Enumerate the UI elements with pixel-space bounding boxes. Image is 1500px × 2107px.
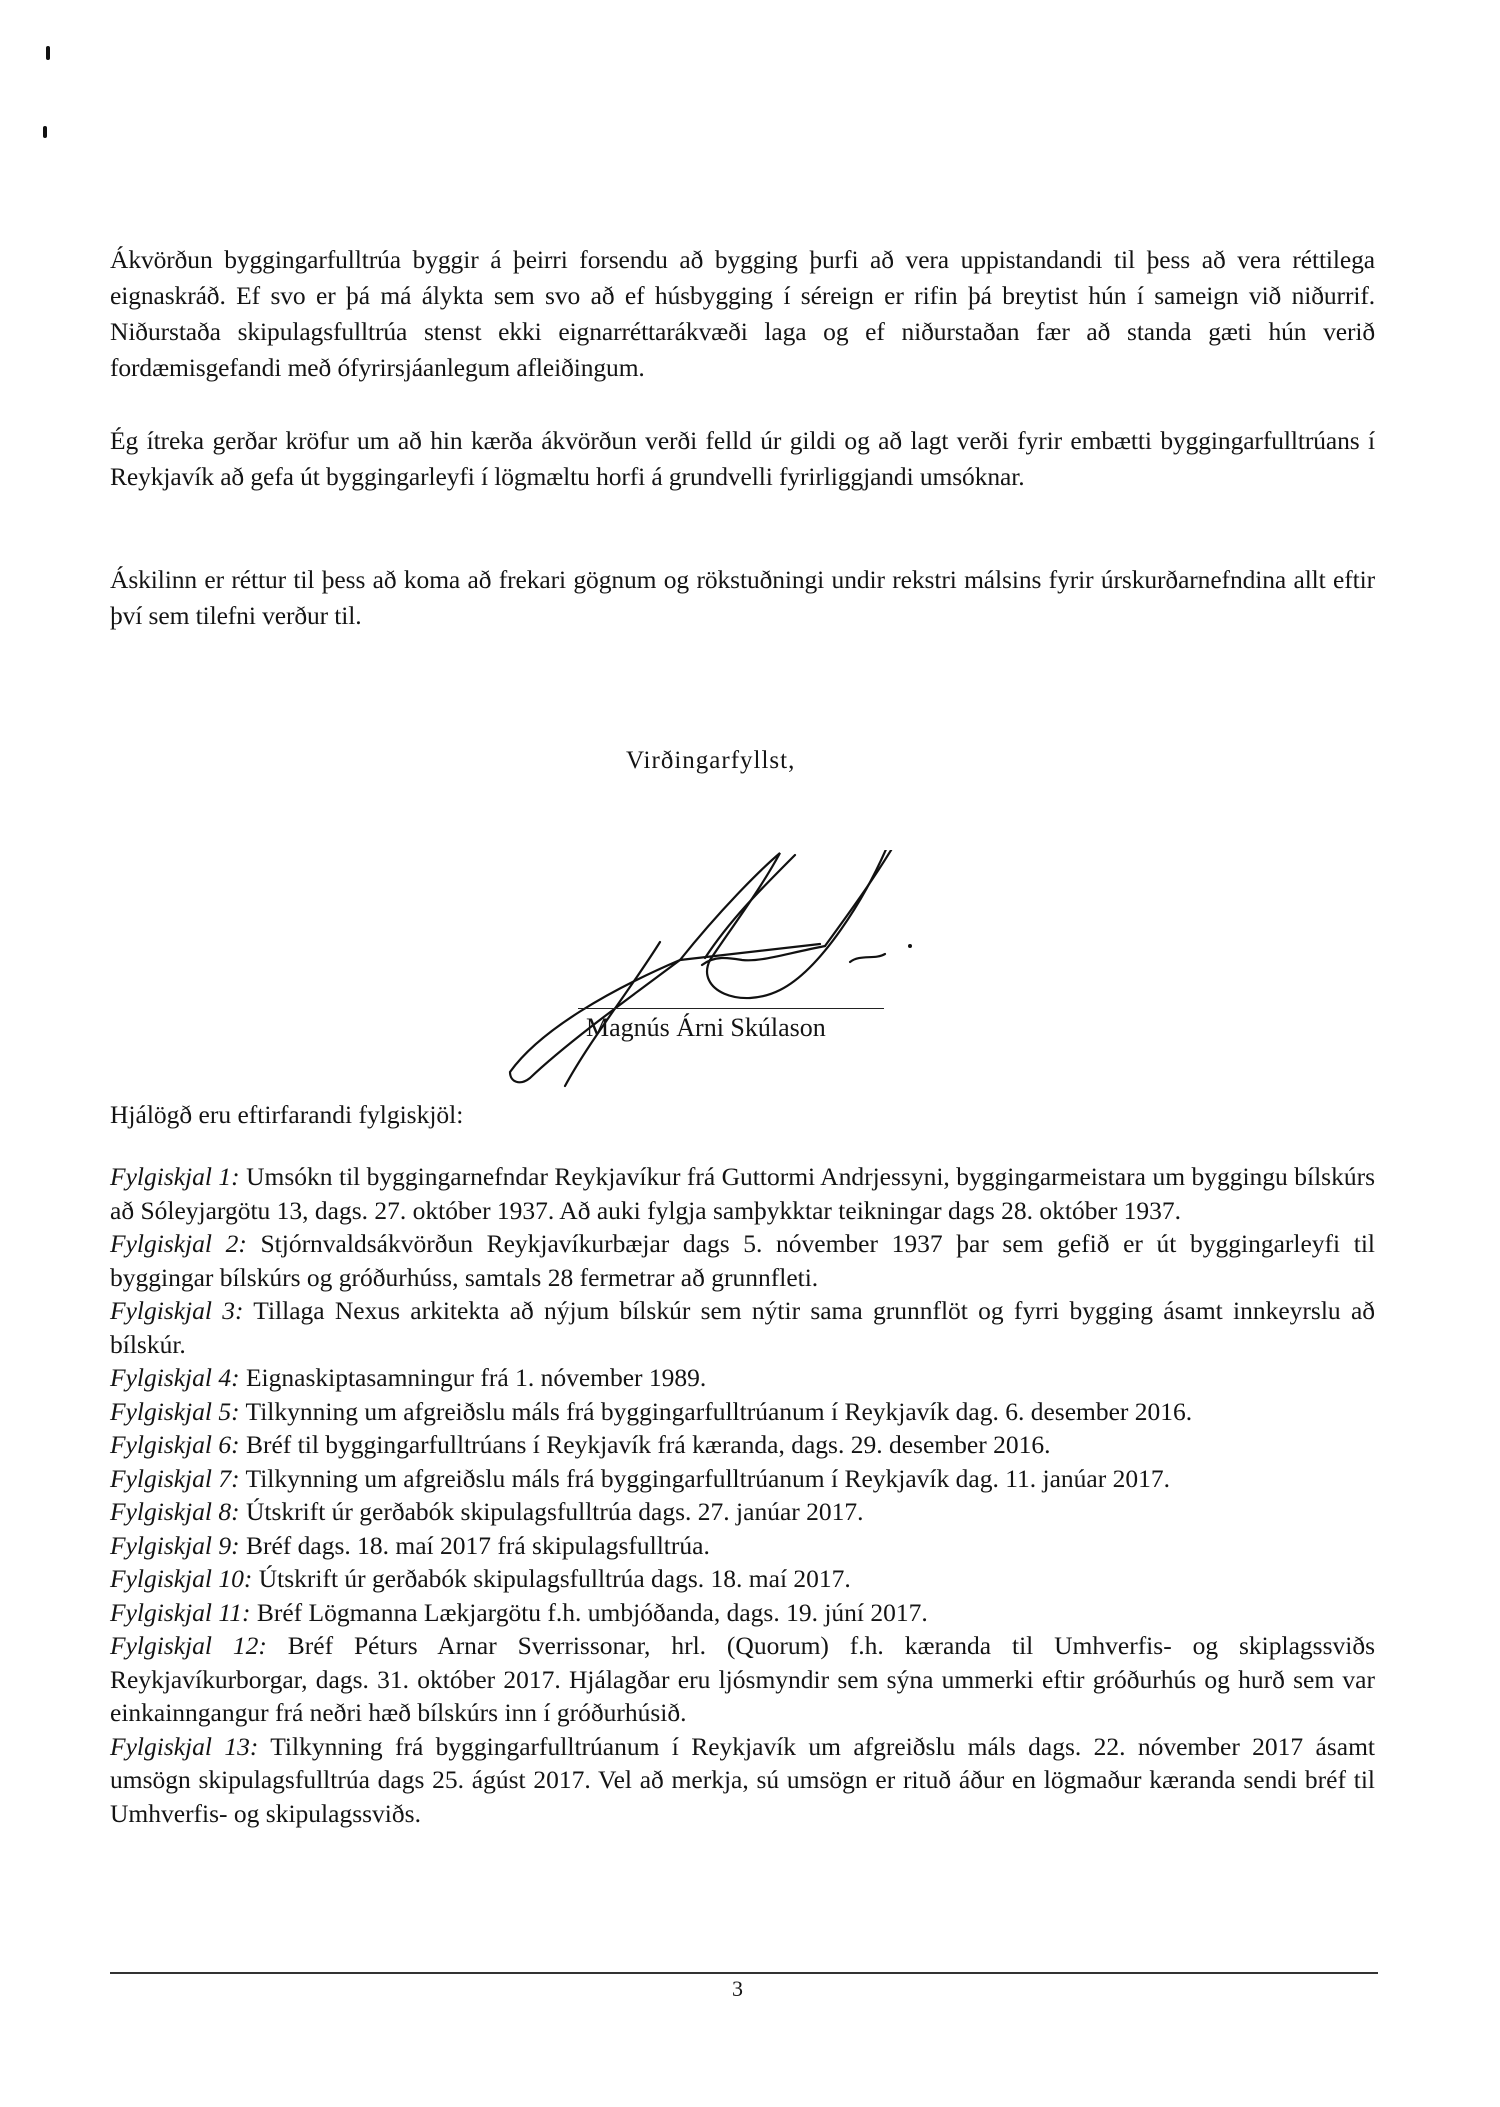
enclosure-label: Fylgiskjal 3: [110, 1296, 243, 1325]
enclosure-label: Fylgiskjal 4: [110, 1363, 240, 1392]
enclosure-item: Fylgiskjal 12: Bréf Péturs Arnar Sverris… [110, 1629, 1375, 1730]
enclosure-text: Bréf dags. 18. maí 2017 frá skipulagsful… [240, 1531, 710, 1560]
enclosure-text: Bréf Péturs Arnar Sverrissonar, hrl. (Qu… [110, 1631, 1375, 1727]
enclosure-item: Fylgiskjal 11: Bréf Lögmanna Lækjargötu … [110, 1596, 1375, 1630]
enclosure-label: Fylgiskjal 13: [110, 1732, 258, 1761]
enclosure-item: Fylgiskjal 1: Umsókn til byggingarnefnda… [110, 1160, 1375, 1227]
enclosure-item: Fylgiskjal 5: Tilkynning um afgreiðslu m… [110, 1395, 1375, 1429]
enclosure-text: Tilkynning um afgreiðslu máls frá byggin… [240, 1397, 1193, 1426]
signatory-name: Magnús Árni Skúlason [586, 1013, 826, 1043]
enclosure-text: Útskrift úr gerðabók skipulagsfulltrúa d… [240, 1497, 864, 1526]
enclosure-text: Tilkynning frá byggingarfulltrúanum í Re… [110, 1732, 1375, 1828]
enclosure-item: Fylgiskjal 6: Bréf til byggingarfulltrúa… [110, 1428, 1375, 1462]
enclosure-text: Bréf Lögmanna Lækjargötu f.h. umbjóðanda… [250, 1598, 927, 1627]
enclosures-list: Fylgiskjal 1: Umsókn til byggingarnefnda… [110, 1160, 1375, 1830]
enclosure-label: Fylgiskjal 8: [110, 1497, 240, 1526]
enclosure-label: Fylgiskjal 5: [110, 1397, 240, 1426]
enclosure-label: Fylgiskjal 11: [110, 1598, 250, 1627]
enclosure-text: Eignaskiptasamningur frá 1. nóvember 198… [240, 1363, 707, 1392]
signature-line [578, 1008, 884, 1009]
enclosure-text: Bréf til byggingarfulltrúans í Reykjavík… [240, 1430, 1051, 1459]
enclosure-item: Fylgiskjal 7: Tilkynning um afgreiðslu m… [110, 1462, 1375, 1496]
body-paragraph: Ákvörðun byggingarfulltrúa byggir á þeir… [110, 242, 1375, 386]
enclosure-label: Fylgiskjal 6: [110, 1430, 240, 1459]
enclosure-text: Útskrift úr gerðabók skipulagsfulltrúa d… [252, 1564, 850, 1593]
enclosure-item: Fylgiskjal 4: Eignaskiptasamningur frá 1… [110, 1361, 1375, 1395]
enclosure-label: Fylgiskjal 9: [110, 1531, 240, 1560]
enclosure-item: Fylgiskjal 9: Bréf dags. 18. maí 2017 fr… [110, 1529, 1375, 1563]
closing-salutation: Virðingarfyllst, [626, 747, 795, 775]
enclosure-text: Umsókn til byggingarnefndar Reykjavíkur … [110, 1162, 1375, 1225]
enclosure-item: Fylgiskjal 3: Tillaga Nexus arkitekta að… [110, 1294, 1375, 1361]
page-number: 3 [732, 1976, 743, 2002]
enclosure-label: Fylgiskjal 7: [110, 1464, 240, 1493]
enclosure-text: Tillaga Nexus arkitekta að nýjum bílskúr… [110, 1296, 1375, 1359]
scan-mark [46, 46, 50, 60]
enclosure-item: Fylgiskjal 2: Stjórnvaldsákvörðun Reykja… [110, 1227, 1375, 1294]
enclosure-label: Fylgiskjal 1: [110, 1162, 240, 1191]
enclosure-item: Fylgiskjal 10: Útskrift úr gerðabók skip… [110, 1562, 1375, 1596]
enclosure-text: Stjórnvaldsákvörðun Reykjavíkurbæjar dag… [110, 1229, 1375, 1292]
footer-rule [110, 1972, 1378, 1974]
enclosure-label: Fylgiskjal 2: [110, 1229, 247, 1258]
signature-icon [480, 850, 980, 1110]
enclosure-label: Fylgiskjal 10: [110, 1564, 252, 1593]
body-paragraph: Ég ítreka gerðar kröfur um að hin kærða … [110, 423, 1375, 495]
enclosure-item: Fylgiskjal 13: Tilkynning frá byggingarf… [110, 1730, 1375, 1831]
enclosure-item: Fylgiskjal 8: Útskrift úr gerðabók skipu… [110, 1495, 1375, 1529]
enclosure-label: Fylgiskjal 12: [110, 1631, 267, 1660]
scan-mark [43, 126, 47, 138]
body-paragraph: Áskilinn er réttur til þess að koma að f… [110, 562, 1375, 634]
enclosure-text: Tilkynning um afgreiðslu máls frá byggin… [240, 1464, 1170, 1493]
enclosures-intro: Hjálögð eru eftirfarandi fylgiskjöl: [110, 1100, 463, 1130]
